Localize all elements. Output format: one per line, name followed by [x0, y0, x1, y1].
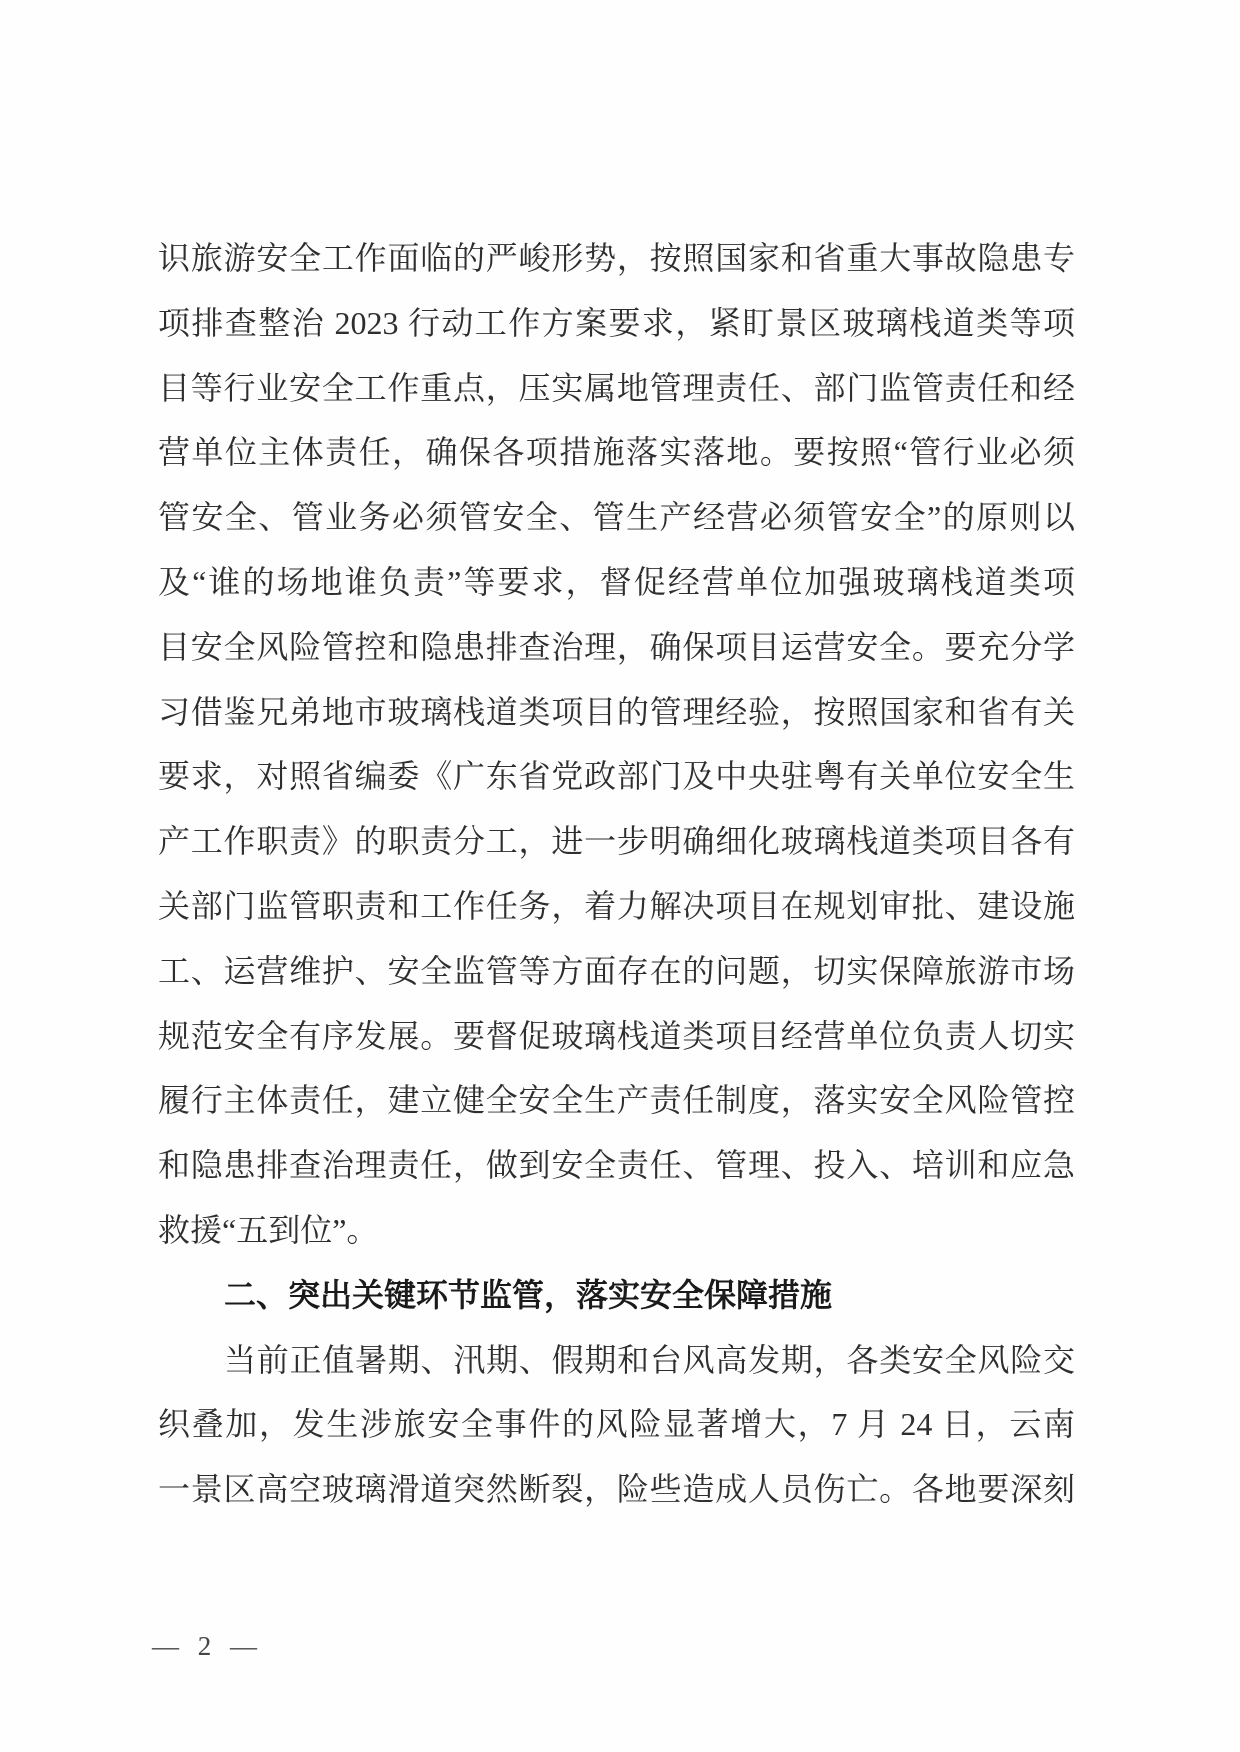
body-text-line: 救援“五到位”。 [158, 1198, 1075, 1263]
body-text-line: 和隐患排查治理责任，做到安全责任、管理、投入、培训和应急 [158, 1133, 1075, 1198]
body-text-line: 规范安全有序发展。要督促玻璃栈道类项目经营单位负责人切实 [158, 1004, 1075, 1069]
body-text-line: 项排查整治 2023 行动工作方案要求，紧盯景区玻璃栈道类等项 [158, 291, 1075, 356]
body-text-line: 及“谁的场地谁负责”等要求，督促经营单位加强玻璃栈道类项 [158, 550, 1075, 615]
body-text-line: 一景区高空玻璃滑道突然断裂，险些造成人员伤亡。各地要深刻 [158, 1457, 1075, 1522]
section-heading: 二、突出关键环节监管，落实安全保障措施 [158, 1263, 1075, 1328]
body-text-line: 履行主体责任，建立健全安全生产责任制度，落实安全风险管控 [158, 1068, 1075, 1133]
body-text-line: 要求，对照省编委《广东省党政部门及中央驻粤有关单位安全生 [158, 744, 1075, 809]
body-text-line: 产工作职责》的职责分工，进一步明确细化玻璃栈道类项目各有 [158, 809, 1075, 874]
body-text-line: 工、运营维护、安全监管等方面存在的问题，切实保障旅游市场 [158, 939, 1075, 1004]
body-text-line: 营单位主体责任，确保各项措施落实落地。要按照“管行业必须 [158, 420, 1075, 485]
body-text-line: 习借鉴兄弟地市玻璃栈道类项目的管理经验，按照国家和省有关 [158, 680, 1075, 745]
document-body: 识旅游安全工作面临的严峻形势，按照国家和省重大事故隐患专 项排查整治 2023 … [158, 226, 1075, 1522]
document-page: 识旅游安全工作面临的严峻形势，按照国家和省重大事故隐患专 项排查整治 2023 … [0, 0, 1240, 1752]
body-text-line: 识旅游安全工作面临的严峻形势，按照国家和省重大事故隐患专 [158, 226, 1075, 291]
body-text-line: 目安全风险管控和隐患排查治理，确保项目运营安全。要充分学 [158, 615, 1075, 680]
body-text-line: 当前正值暑期、汛期、假期和台风高发期，各类安全风险交 [158, 1328, 1075, 1393]
page-number: — 2 — [152, 1628, 263, 1664]
body-text-line: 管安全、管业务必须管安全、管生产经营必须管安全”的原则以 [158, 485, 1075, 550]
body-text-line: 关部门监管职责和工作任务，着力解决项目在规划审批、建设施 [158, 874, 1075, 939]
body-text-line: 织叠加，发生涉旅安全事件的风险显著增大，7 月 24 日，云南 [158, 1392, 1075, 1457]
body-text-line: 目等行业安全工作重点，压实属地管理责任、部门监管责任和经 [158, 356, 1075, 421]
